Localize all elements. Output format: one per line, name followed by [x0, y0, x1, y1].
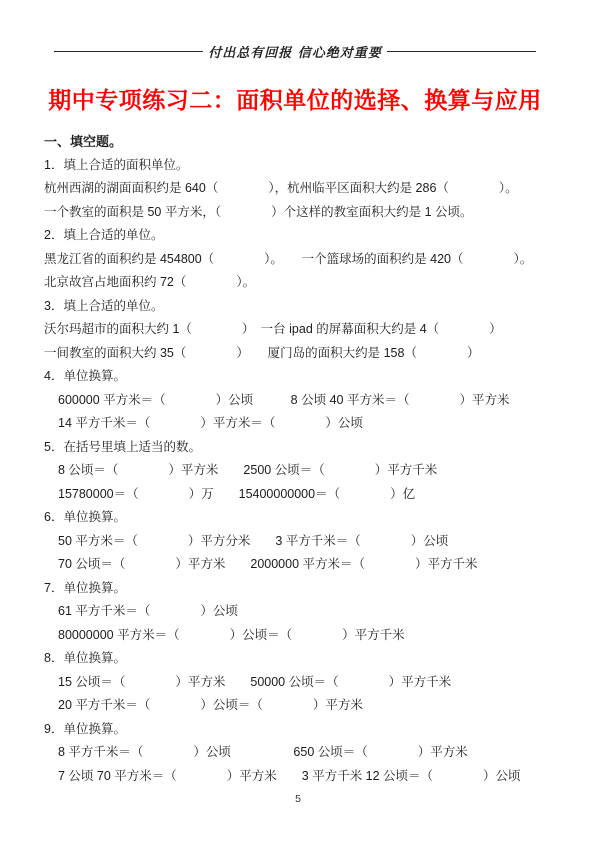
question-line: 一间教室的面积大约 35（ ） 厦门岛的面积大约是 158（ ）: [44, 342, 546, 366]
worksheet-content: 一、填空题。 1．填上合适的面积单位。 杭州西湖的湖面面积约是 640（ ），杭…: [44, 130, 546, 788]
question-label: 4．单位换算。: [44, 365, 546, 389]
question-line: 15 公顷＝（ ）平方米 50000 公顷＝（ ）平方千米: [44, 671, 546, 695]
question-line: 黑龙江省的面积约是 454800（ ）。 一个篮球场的面积约是 420（ ）。: [44, 248, 546, 272]
question-line: 70 公顷＝（ ）平方米 2000000 平方米＝（ ）平方千米: [44, 553, 546, 577]
question-line: 杭州西湖的湖面面积约是 640（ ），杭州临平区面积大约是 286（ ）。: [44, 177, 546, 201]
question-label: 8．单位换算。: [44, 647, 546, 671]
question-block-7: 7．单位换算。 61 平方千米＝（ ）公顷 80000000 平方米＝（ ）公顷…: [44, 577, 546, 648]
question-line: 80000000 平方米＝（ ）公顷＝（ ）平方千米: [44, 624, 546, 648]
question-line: 20 平方千米＝（ ）公顷＝（ ）平方米: [44, 694, 546, 718]
question-line: 北京故宫占地面积约 72（ ）。: [44, 271, 546, 295]
question-label: 6．单位换算。: [44, 506, 546, 530]
question-line: 8 公顷＝（ ）平方米 2500 公顷＝（ ）平方千米: [44, 459, 546, 483]
header-rule-left: [54, 51, 203, 52]
question-line: 61 平方千米＝（ ）公顷: [44, 600, 546, 624]
question-label: 1．填上合适的面积单位。: [44, 154, 546, 178]
question-line: 50 平方米＝（ ）平方分米 3 平方千米＝（ ）公顷: [44, 530, 546, 554]
question-block-4: 4．单位换算。 600000 平方米＝（ ）公顷 8 公顷 40 平方米＝（ ）…: [44, 365, 546, 436]
page-number: 5: [0, 793, 596, 805]
question-block-3: 3．填上合适的单位。 沃尔玛超市的面积大约 1（ ） 一台 ipad 的屏幕面积…: [44, 295, 546, 366]
page-title: 期中专项练习二：面积单位的选择、换算与应用: [44, 82, 546, 115]
question-line: 一个教室的面积是 50 平方米，（ ）个这样的教室面积大约是 1 公顷。: [44, 201, 546, 225]
worksheet-page: 付出总有回报 信心绝对重要 期中专项练习二：面积单位的选择、换算与应用 一、填空…: [0, 0, 596, 842]
question-line: 沃尔玛超市的面积大约 1（ ） 一台 ipad 的屏幕面积大约是 4（ ）: [44, 318, 546, 342]
header-motto: 付出总有回报 信心绝对重要: [203, 42, 387, 61]
question-label: 9．单位换算。: [44, 718, 546, 742]
question-block-9: 9．单位换算。 8 平方千米＝（ ）公顷 650 公顷＝（ ）平方米 7 公顷 …: [44, 718, 546, 789]
section-heading: 一、填空题。: [44, 130, 546, 154]
question-block-1: 1．填上合适的面积单位。 杭州西湖的湖面面积约是 640（ ），杭州临平区面积大…: [44, 154, 546, 225]
question-block-8: 8．单位换算。 15 公顷＝（ ）平方米 50000 公顷＝（ ）平方千米 20…: [44, 647, 546, 718]
question-block-5: 5．在括号里填上适当的数。 8 公顷＝（ ）平方米 2500 公顷＝（ ）平方千…: [44, 436, 546, 507]
page-header: 付出总有回报 信心绝对重要: [54, 42, 536, 61]
question-block-2: 2．填上合适的单位。 黑龙江省的面积约是 454800（ ）。 一个篮球场的面积…: [44, 224, 546, 295]
question-line: 14 平方千米＝（ ）平方米＝（ ）公顷: [44, 412, 546, 436]
header-rule-right: [387, 51, 536, 52]
question-block-6: 6．单位换算。 50 平方米＝（ ）平方分米 3 平方千米＝（ ）公顷 70 公…: [44, 506, 546, 577]
question-label: 5．在括号里填上适当的数。: [44, 436, 546, 460]
question-line: 8 平方千米＝（ ）公顷 650 公顷＝（ ）平方米: [44, 741, 546, 765]
question-line: 7 公顷 70 平方米＝（ ）平方米 3 平方千米 12 公顷＝（ ）公顷: [44, 765, 546, 789]
question-line: 15780000＝（ ）万 15400000000＝（ ）亿: [44, 483, 546, 507]
question-label: 2．填上合适的单位。: [44, 224, 546, 248]
question-label: 7．单位换算。: [44, 577, 546, 601]
question-label: 3．填上合适的单位。: [44, 295, 546, 319]
question-line: 600000 平方米＝（ ）公顷 8 公顷 40 平方米＝（ ）平方米: [44, 389, 546, 413]
